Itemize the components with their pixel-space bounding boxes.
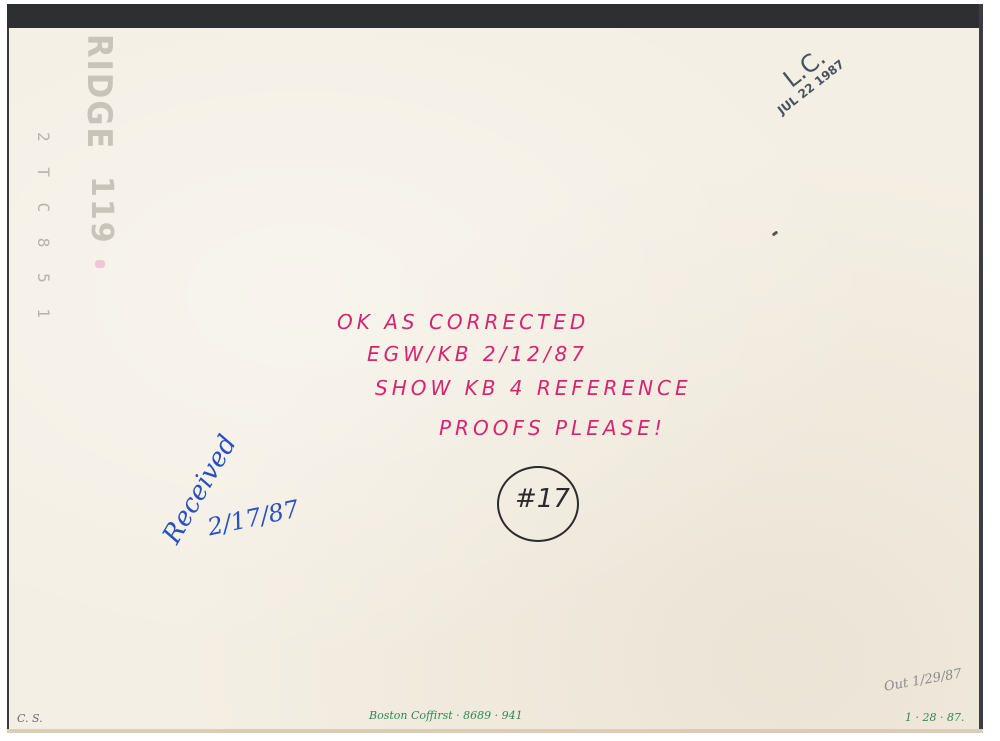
- pink-note-line-4: PROOFS PLEASE!: [439, 416, 666, 440]
- footer-pencil-note: Out 1/29/87: [883, 666, 963, 694]
- pink-smudge: [95, 260, 105, 268]
- footer-client: Boston Coffirst · 8689 · 941: [369, 709, 523, 722]
- top-dark-band: [7, 4, 983, 28]
- pink-note-line-2: EGW/KB 2/12/87: [367, 342, 588, 366]
- blue-note-date: 2/17/87: [205, 495, 301, 542]
- faint-stamp-number: 119: [84, 176, 119, 245]
- faint-stamp-ridge: RIDGE: [79, 34, 119, 150]
- pink-note-line-3: SHOW KB 4 REFERENCE: [375, 376, 692, 400]
- right-edge: [979, 4, 983, 733]
- bottom-edge: [7, 729, 983, 733]
- footer-initials: C. S.: [17, 712, 43, 725]
- circled-number: #17: [515, 484, 570, 514]
- faint-stamp-serial: 2 T C 8 5 1: [34, 132, 53, 326]
- pink-note-line-1: OK AS CORRECTED: [337, 310, 589, 334]
- ink-speck: [772, 231, 779, 237]
- lc-stamp: L.C. JUL 22 1987: [759, 37, 847, 118]
- photo-back: RIDGE 119 2 T C 8 5 1 L.C. JUL 22 1987 O…: [7, 4, 983, 733]
- footer-date: 1 · 28 · 87.: [905, 711, 964, 724]
